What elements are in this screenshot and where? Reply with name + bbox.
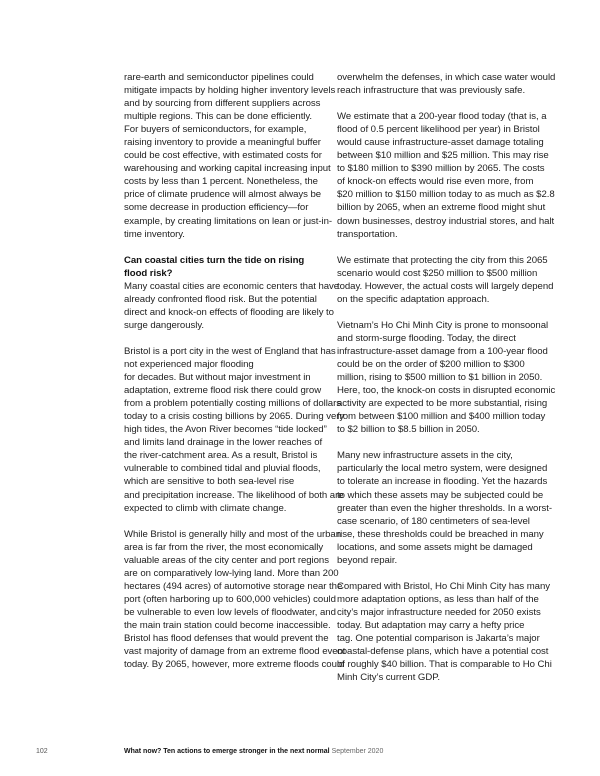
text-line: today. By 2065, however, more extreme fl… (124, 658, 339, 671)
text-line: more adaptation options, as less than ha… (337, 593, 562, 606)
text-line: We estimate that a 200-year flood today … (337, 110, 562, 123)
text-line: rare-earth and semiconductor pipelines c… (124, 71, 339, 84)
publication-title: What now? Ten actions to emerge stronger… (124, 747, 383, 756)
text-line: between $10 million and $25 million. Thi… (337, 149, 562, 162)
text-line: infrastructure-asset damage from a 100-y… (337, 345, 562, 358)
paragraph: Vietnam’s Ho Chi Minh City is prone to m… (337, 319, 562, 436)
text-line: Bristol is a port city in the west of En… (124, 345, 339, 358)
paragraph: Compared with Bristol, Ho Chi Minh City … (337, 580, 562, 684)
text-line: today to a crisis costing billions by 20… (124, 410, 339, 423)
text-line: coastal-defense plans, which have a pote… (337, 645, 562, 658)
text-line: overwhelm the defenses, in which case wa… (337, 71, 562, 84)
text-line: and storm-surge flooding. Today, the dir… (337, 332, 562, 345)
text-line: price of climate prudence will almost al… (124, 188, 339, 201)
text-line: the river-catchment area. As a result, B… (124, 449, 339, 462)
right-column: overwhelm the defenses, in which case wa… (337, 71, 562, 697)
text-line: would cause infrastructure-asset damage … (337, 136, 562, 149)
text-line: vast majority of damage from an extreme … (124, 645, 339, 658)
text-line: For buyers of semiconductors, for exampl… (124, 123, 339, 136)
text-line: could be on the order of $200 million to… (337, 358, 562, 371)
text-line: city’s major infrastructure needed for 2… (337, 606, 562, 619)
text-line: Can coastal cities turn the tide on risi… (124, 254, 339, 267)
text-line: adaptation, extreme flood risk there cou… (124, 384, 339, 397)
publication-title-text: What now? Ten actions to emerge stronger… (124, 748, 330, 755)
left-column: rare-earth and semiconductor pipelines c… (124, 71, 339, 684)
paragraph: Many coastal cities are economic centers… (124, 280, 339, 332)
text-line: We estimate that protecting the city fro… (337, 254, 562, 267)
text-line: direct and knock-on effects of flooding … (124, 306, 339, 319)
text-line: Minh City’s current GDP. (337, 671, 562, 684)
page-number: 102 (36, 747, 48, 756)
text-line: for decades. But without major investmen… (124, 371, 339, 384)
paragraph: rare-earth and semiconductor pipelines c… (124, 71, 339, 241)
paragraph: While Bristol is generally hilly and mos… (124, 528, 339, 672)
text-line: already confronted flood risk. But the p… (124, 293, 339, 306)
text-line: Here, too, the knock-on costs in disrupt… (337, 384, 562, 397)
text-line: port (often harboring up to 600,000 vehi… (124, 593, 339, 606)
text-line: high tides, the Avon River becomes “tide… (124, 423, 339, 436)
text-line: surge dangerously. (124, 319, 339, 332)
text-line: not experienced major flooding (124, 358, 339, 371)
text-line: the main train station could become inac… (124, 619, 339, 632)
text-line: Many new infrastructure assets in the ci… (337, 449, 562, 462)
paragraph: Bristol is a port city in the west of En… (124, 345, 339, 515)
text-line: case scenario, of 180 centimeters of sea… (337, 515, 562, 528)
text-line: flood of 0.5 percent likelihood per year… (337, 123, 562, 136)
text-line: today. However, the actual costs will la… (337, 280, 562, 293)
paragraph: overwhelm the defenses, in which case wa… (337, 71, 562, 97)
text-line: rise, these thresholds could be breached… (337, 528, 562, 541)
text-line: could be cost effective, with estimated … (124, 149, 339, 162)
text-line: of knock-on effects would rise even more… (337, 175, 562, 188)
text-line: warehousing and working capital increasi… (124, 162, 339, 175)
text-line: are on comparatively low-lying land. Mor… (124, 567, 339, 580)
publication-date: September 2020 (332, 748, 384, 755)
text-line: Vietnam’s Ho Chi Minh City is prone to m… (337, 319, 562, 332)
text-line: be vulnerable to even low levels of floo… (124, 606, 339, 619)
text-line: transportation. (337, 228, 562, 241)
text-line: example, by creating limitations on lean… (124, 215, 339, 228)
text-line: costs by less than 1 percent. Nonetheles… (124, 175, 339, 188)
paragraph: We estimate that protecting the city fro… (337, 254, 562, 306)
text-line: hectares (494 acres) of automotive stora… (124, 580, 339, 593)
text-line: and precipitation increase. The likeliho… (124, 489, 339, 502)
paragraph: We estimate that a 200-year flood today … (337, 110, 562, 240)
text-line: to tolerate an increase in flooding. Yet… (337, 475, 562, 488)
text-line: which are sensitive to both sea-level ri… (124, 475, 339, 488)
text-line: expected to climb with climate change. (124, 502, 339, 515)
text-line: $20 million to $150 million today to as … (337, 188, 562, 201)
text-line: area is far from the river, the most eco… (124, 541, 339, 554)
text-line: beyond repair. (337, 554, 562, 567)
text-line: time inventory. (124, 228, 339, 241)
text-line: raising inventory to provide a meaningfu… (124, 136, 339, 149)
text-line: to $2 billion to $8.5 billion in 2050. (337, 423, 562, 436)
text-line: locations, and some assets might be dama… (337, 541, 562, 554)
text-line: While Bristol is generally hilly and mos… (124, 528, 339, 541)
text-line: flood risk? (124, 267, 339, 280)
text-line: activity are expected to be more substan… (337, 397, 562, 410)
paragraph: Many new infrastructure assets in the ci… (337, 449, 562, 566)
text-line: reach infrastructure that was previously… (337, 84, 562, 97)
text-line: billion by 2065, when an extreme flood m… (337, 201, 562, 214)
text-line: Bristol has flood defenses that would pr… (124, 632, 339, 645)
text-line: from between $100 million and $400 milli… (337, 410, 562, 423)
text-line: to $180 million to $390 million by 2065.… (337, 162, 562, 175)
text-line: on the specific adaptation approach. (337, 293, 562, 306)
text-line: today. But adaptation may carry a hefty … (337, 619, 562, 632)
text-line: Compared with Bristol, Ho Chi Minh City … (337, 580, 562, 593)
text-line: of roughly $40 billion. That is comparab… (337, 658, 562, 671)
text-line: vulnerable to combined tidal and pluvial… (124, 462, 339, 475)
text-line: down businesses, destroy industrial stor… (337, 215, 562, 228)
text-line: and limits land drainage in the lower re… (124, 436, 339, 449)
text-line: scenario would cost $250 million to $500… (337, 267, 562, 280)
text-line: greater than even the higher thresholds.… (337, 502, 562, 515)
text-line: and by sourcing from different suppliers… (124, 97, 339, 110)
text-line: to which these assets may be subjected c… (337, 489, 562, 502)
text-line: mitigate impacts by holding higher inven… (124, 84, 339, 97)
section-heading: Can coastal cities turn the tide on risi… (124, 254, 339, 280)
text-line: some decrease in production efficiency—f… (124, 201, 339, 214)
text-line: from a problem potentially costing milli… (124, 397, 339, 410)
text-line: valuable areas of the city center and po… (124, 554, 339, 567)
text-line: multiple regions. This can be done effic… (124, 110, 339, 123)
text-line: tag. One potential comparison is Jakarta… (337, 632, 562, 645)
text-line: Many coastal cities are economic centers… (124, 280, 339, 293)
text-line: million, rising to $500 million to $1 bi… (337, 371, 562, 384)
text-line: particularly the local metro system, wer… (337, 462, 562, 475)
